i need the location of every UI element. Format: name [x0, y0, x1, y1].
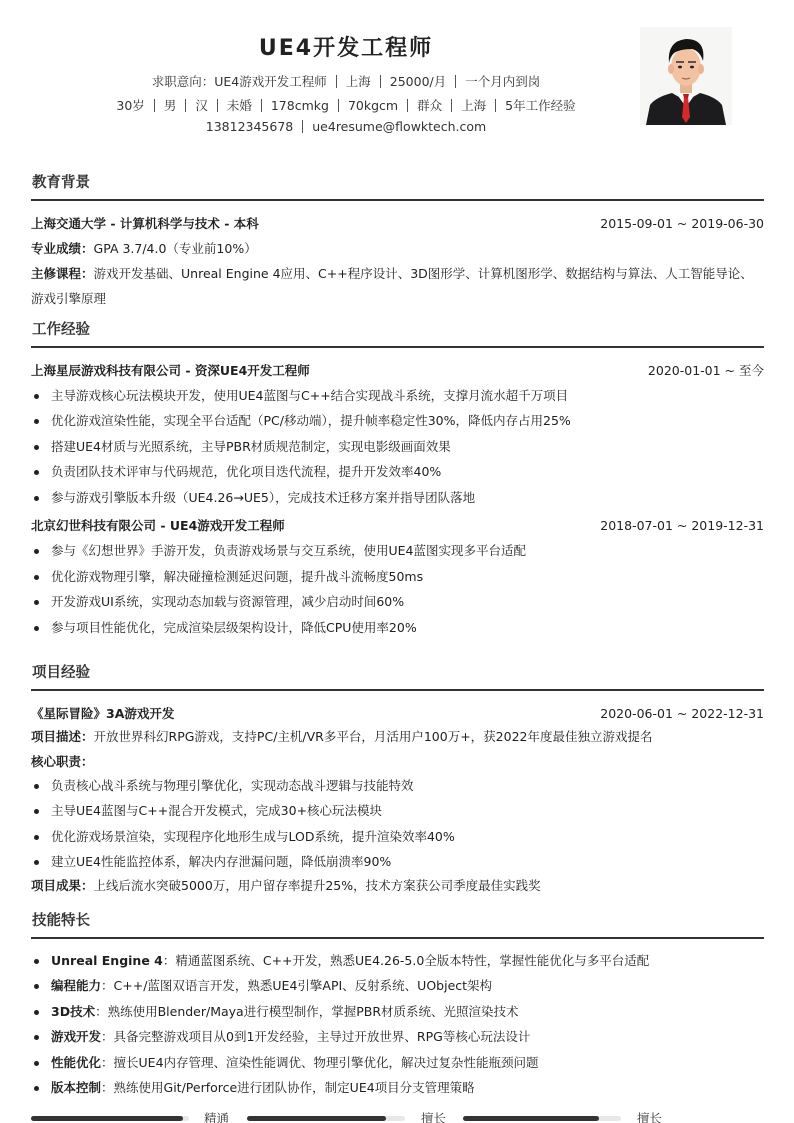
bullet-icon [34, 835, 39, 840]
section-title: 技能特长 [31, 910, 764, 932]
job-heading: 北京幻世科技有限公司 - UE4游戏开发工程师 2018-07-01 ~ 201… [31, 513, 764, 538]
school-degree: 上海交通大学 - 计算机科学与技术 - 本科 [31, 216, 259, 231]
bullet-icon [34, 1035, 39, 1040]
description-value: 开放世界科幻RPG游戏，支持PC/主机/VR多平台，月活用户100万+，获202… [94, 729, 653, 744]
list-item: 优化游戏场景渲染，实现程序化地形生成与LOD系统，提升渲染效率40% [31, 824, 764, 850]
bullet-icon [34, 860, 39, 865]
list-item: 主导UE4蓝图与C++混合开发模式，完成30+核心玩法模块 [31, 798, 764, 824]
list-item-text: 优化游戏物理引擎，解决碰撞检测延迟问题，提升战斗流畅度50ms [51, 569, 423, 584]
courses-row-continued: 游戏引擎原理 [31, 286, 764, 311]
job-entry: 北京幻世科技有限公司 - UE4游戏开发工程师 2018-07-01 ~ 201… [31, 513, 764, 640]
project-description-row: 项目描述：开放世界科幻RPG游戏，支持PC/主机/VR多平台，月活用户100万+… [31, 726, 764, 751]
skill-desc: ：C++/蓝图双语言开发，熟悉UE4引擎API、反射系统、UObject架构 [101, 978, 492, 993]
list-item-text: 搭建UE4材质与光照系统，主导PBR材质规范制定，实现电影级画面效果 [51, 439, 451, 454]
height: 178cmkg [271, 98, 329, 113]
divider [407, 99, 408, 112]
gender: 男 [164, 98, 177, 113]
skill-item: 编程能力：C++/蓝图双语言开发，熟悉UE4引擎API、反射系统、UObject… [31, 973, 764, 999]
divider [217, 99, 218, 112]
skill-label: 3D技术 [51, 1004, 95, 1019]
list-item-text: 参与《幻想世界》手游开发，负责游戏场景与交互系统，使用UE4蓝图实现多平台适配 [51, 543, 526, 558]
grade-label: 专业成绩： [31, 241, 94, 256]
job-date: 2020-01-01 ~ 至今 [648, 358, 764, 383]
section-title: 教育背景 [31, 172, 764, 194]
skill-bar-fill [31, 1116, 183, 1121]
education-section: 教育背景 上海交通大学 - 计算机科学与技术 - 本科 2015-09-01 ~… [31, 172, 764, 311]
skill-bar-track [463, 1116, 621, 1121]
bullet-icon [34, 496, 39, 501]
list-item: 搭建UE4材质与光照系统，主导PBR材质规范制定，实现电影级画面效果 [31, 434, 764, 460]
political-status: 群众 [417, 98, 442, 113]
skill-level-bars: 精通 擅长 擅长 [31, 1112, 764, 1123]
divider [302, 120, 303, 133]
company-role: 北京幻世科技有限公司 - UE4游戏开发工程师 [31, 518, 285, 533]
list-item: 负责核心战斗系统与物理引擎优化，实现动态战斗逻辑与技能特效 [31, 773, 764, 799]
ethnicity: 汉 [195, 98, 208, 113]
list-item-text: 开发游戏UI系统，实现动态加载与资源管理，减少启动时间60% [51, 594, 404, 609]
skill-label: 性能优化 [51, 1055, 101, 1070]
bullet-icon [34, 394, 39, 399]
email[interactable]: ue4resume@flowktech.com [312, 119, 486, 134]
skill-item: 性能优化：擅长UE4内存管理、渲染性能调优、物理引擎优化，解决过复杂性能瓶颈问题 [31, 1050, 764, 1076]
project-result-row: 项目成果：上线后流水突破5000万，用户留存率提升25%，技术方案获公司季度最佳… [31, 875, 764, 900]
intent-city: 上海 [346, 74, 371, 89]
description-label: 项目描述： [31, 729, 94, 744]
divider [451, 99, 452, 112]
skill-item: 游戏开发：具备完整游戏项目从0到1开发经验，主导过开放世界、RPG等核心玩法设计 [31, 1024, 764, 1050]
location: 上海 [461, 98, 486, 113]
skill-bar-track [247, 1116, 405, 1121]
bullet-icon [34, 959, 39, 964]
bullet-icon [34, 1086, 39, 1091]
skill-level-label: 擅长 [637, 1109, 662, 1123]
section-title: 项目经验 [31, 662, 764, 684]
divider [495, 99, 496, 112]
list-item-text: 建立UE4性能监控体系，解决内存泄漏问题，降低崩溃率90% [51, 854, 391, 869]
contact-line: 13812345678ue4resume@flowktech.com [31, 119, 661, 134]
bullet-icon [34, 575, 39, 580]
experience-years: 5年工作经验 [505, 98, 575, 113]
list-item: 优化游戏渲染性能，实现全平台适配（PC/移动端），提升帧率稳定性30%，降低内存… [31, 408, 764, 434]
list-item: 优化游戏物理引擎，解决碰撞检测延迟问题，提升战斗流畅度50ms [31, 564, 764, 590]
list-item: 建立UE4性能监控体系，解决内存泄漏问题，降低崩溃率90% [31, 849, 764, 875]
projects-section: 项目经验 《星际冒险》3A游戏开发 2020-06-01 ~ 2022-12-3… [31, 662, 764, 900]
list-item-text: 参与项目性能优化，完成渲染层级架构设计，降低CPU使用率20% [51, 620, 417, 635]
divider [455, 75, 456, 88]
result-value: 上线后流水突破5000万，用户留存率提升25%，技术方案获公司季度最佳实践奖 [94, 878, 541, 893]
job-intent-line: 求职意向：UE4游戏开发工程师上海25000/月一个月内到岗 [31, 72, 661, 90]
job-heading: 上海星辰游戏科技有限公司 - 资深UE4开发工程师 2020-01-01 ~ 至… [31, 358, 764, 383]
list-item-text: 负责核心战斗系统与物理引擎优化，实现动态战斗逻辑与技能特效 [51, 778, 414, 793]
bullet-icon [34, 419, 39, 424]
project-name: 《星际冒险》3A游戏开发 [31, 706, 174, 721]
project-heading: 《星际冒险》3A游戏开发 2020-06-01 ~ 2022-12-31 [31, 701, 764, 726]
phone: 13812345678 [206, 119, 293, 134]
section-title: 工作经验 [31, 319, 764, 341]
bullet-icon [34, 784, 39, 789]
education-date: 2015-09-01 ~ 2019-06-30 [600, 211, 764, 236]
list-item-text: 主导UE4蓝图与C++混合开发模式，完成30+核心玩法模块 [51, 803, 382, 818]
duties-label-row: 核心职责： [31, 751, 764, 773]
grade-value: GPA 3.7/4.0（专业前10%） [94, 241, 257, 256]
skill-item: 版本控制：熟练使用Git/Perforce进行团队协作，制定UE4项目分支管理策… [31, 1075, 764, 1101]
company-role: 上海星辰游戏科技有限公司 - 资深UE4开发工程师 [31, 363, 310, 378]
skill-label: 版本控制 [51, 1080, 101, 1095]
skill-label: 游戏开发 [51, 1029, 101, 1044]
skill-level-label: 擅长 [421, 1109, 446, 1123]
intent-salary: 25000/月 [390, 74, 446, 89]
grade-row: 专业成绩：GPA 3.7/4.0（专业前10%） [31, 236, 764, 261]
job-intent: 求职意向：UE4游戏开发工程师 [152, 74, 327, 89]
bullet-icon [34, 445, 39, 450]
work-section: 工作经验 上海星辰游戏科技有限公司 - 资深UE4开发工程师 2020-01-0… [31, 319, 764, 640]
skill-desc: ：具备完整游戏项目从0到1开发经验，主导过开放世界、RPG等核心玩法设计 [101, 1029, 530, 1044]
list-item: 参与《幻想世界》手游开发，负责游戏场景与交互系统，使用UE4蓝图实现多平台适配 [31, 538, 764, 564]
personal-info-line: 30岁男汉未婚178cmkg70kgcm群众上海5年工作经验 [31, 96, 661, 114]
divider [261, 99, 262, 112]
skill-desc: ：熟练使用Git/Perforce进行团队协作，制定UE4项目分支管理策略 [101, 1080, 475, 1095]
list-item: 负责团队技术评审与代码规范，优化项目迭代流程，提升开发效率40% [31, 459, 764, 485]
age: 30岁 [116, 98, 144, 113]
avatar-illustration-icon [640, 27, 732, 125]
courses-label: 主修课程： [31, 266, 94, 281]
courses-value-continued: 游戏引擎原理 [31, 291, 106, 306]
list-item-text: 参与游戏引擎版本升级（UE4.26→UE5），完成技术迁移方案并指导团队落地 [51, 490, 475, 505]
skill-label: 编程能力 [51, 978, 101, 993]
candidate-name: UE4开发工程师 [31, 31, 661, 62]
skill-label: Unreal Engine 4 [51, 953, 163, 968]
skill-bar-fill [247, 1116, 386, 1121]
skill-bar-fill [463, 1116, 599, 1121]
skill-item: 3D技术：熟练使用Blender/Maya进行模型制作，掌握PBR材质系统、光照… [31, 999, 764, 1025]
resume-header: UE4开发工程师 求职意向：UE4游戏开发工程师上海25000/月一个月内到岗 … [31, 0, 764, 150]
job-date: 2018-07-01 ~ 2019-12-31 [600, 513, 764, 538]
resume-page: UE4开发工程师 求职意向：UE4游戏开发工程师上海25000/月一个月内到岗 … [31, 0, 764, 150]
weight: 70kgcm [348, 98, 398, 113]
list-item: 开发游戏UI系统，实现动态加载与资源管理，减少启动时间60% [31, 589, 764, 615]
list-item: 参与项目性能优化，完成渲染层级架构设计，降低CPU使用率20% [31, 615, 764, 641]
list-item: 主导游戏核心玩法模块开发，使用UE4蓝图与C++结合实现战斗系统，支撑月流水超千… [31, 383, 764, 409]
courses-value: 游戏开发基础、Unreal Engine 4应用、C++程序设计、3D图形学、计… [94, 266, 753, 281]
bullet-icon [34, 549, 39, 554]
bullet-icon [34, 1010, 39, 1015]
divider [338, 99, 339, 112]
bullet-icon [34, 984, 39, 989]
divider [380, 75, 381, 88]
divider [154, 99, 155, 112]
bullet-icon [34, 809, 39, 814]
divider [185, 99, 186, 112]
result-label: 项目成果： [31, 878, 94, 893]
duties-label: 核心职责： [31, 754, 94, 769]
skill-desc: ：熟练使用Blender/Maya进行模型制作，掌握PBR材质系统、光照渲染技术 [95, 1004, 518, 1019]
skill-bar-track [31, 1116, 189, 1121]
bullet-icon [34, 600, 39, 605]
list-item-text: 负责团队技术评审与代码规范，优化项目迭代流程，提升开发效率40% [51, 464, 441, 479]
skill-level-label: 精通 [204, 1109, 229, 1123]
courses-row: 主修课程：游戏开发基础、Unreal Engine 4应用、C++程序设计、3D… [31, 261, 764, 286]
skills-section: 技能特长 Unreal Engine 4：精通蓝图系统、C++开发，熟悉UE4.… [31, 910, 764, 1101]
project-date: 2020-06-01 ~ 2022-12-31 [600, 701, 764, 726]
skill-desc: ：精通蓝图系统、C++开发，熟悉UE4.26-5.0全版本特性，掌握性能优化与多… [163, 953, 649, 968]
list-item-text: 优化游戏场景渲染，实现程序化地形生成与LOD系统，提升渲染效率40% [51, 829, 455, 844]
avatar-photo [640, 27, 732, 125]
bullet-icon [34, 1061, 39, 1066]
divider [336, 75, 337, 88]
skill-item: Unreal Engine 4：精通蓝图系统、C++开发，熟悉UE4.26-5.… [31, 948, 764, 974]
education-entry-heading: 上海交通大学 - 计算机科学与技术 - 本科 2015-09-01 ~ 2019… [31, 211, 764, 236]
bullet-icon [34, 626, 39, 631]
skill-desc: ：擅长UE4内存管理、渲染性能调优、物理引擎优化，解决过复杂性能瓶颈问题 [101, 1055, 539, 1070]
marital-status: 未婚 [227, 98, 252, 113]
job-entry: 上海星辰游戏科技有限公司 - 资深UE4开发工程师 2020-01-01 ~ 至… [31, 358, 764, 511]
list-item-text: 优化游戏渲染性能，实现全平台适配（PC/移动端），提升帧率稳定性30%，降低内存… [51, 413, 571, 428]
intent-availability: 一个月内到岗 [465, 74, 540, 89]
list-item: 参与游戏引擎版本升级（UE4.26→UE5），完成技术迁移方案并指导团队落地 [31, 485, 764, 511]
bullet-icon [34, 470, 39, 475]
list-item-text: 主导游戏核心玩法模块开发，使用UE4蓝图与C++结合实现战斗系统，支撑月流水超千… [51, 388, 568, 403]
